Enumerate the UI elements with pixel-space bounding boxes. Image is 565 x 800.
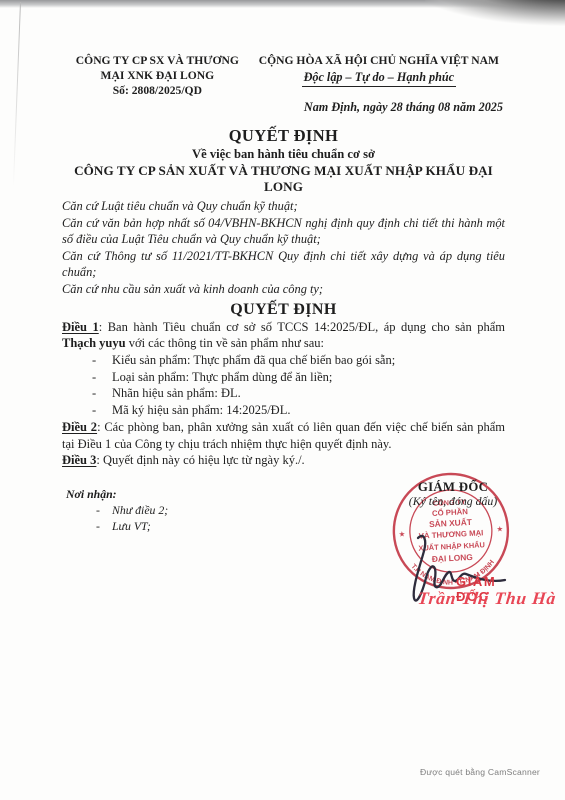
product-code: Mã ký hiệu sản phẩm: 14:2025/ĐL.	[112, 403, 290, 417]
decision-heading: QUYẾT ĐỊNH	[62, 300, 505, 319]
product-type: Kiểu sản phẩm: Thực phẩm đã qua chế biến…	[112, 353, 395, 367]
national-motto-line1: CỘNG HÒA XÃ HỘI CHỦ NGHĨA VIỆT NAM	[253, 53, 505, 68]
list-dash: -	[92, 369, 112, 386]
article-2-label: Điều 2	[62, 420, 97, 434]
national-header-block: CỘNG HÒA XÃ HỘI CHỦ NGHĨA VIỆT NAM Độc l…	[253, 53, 505, 115]
company-name-line1: CÔNG TY CP SX VÀ THƯƠNG	[62, 53, 253, 68]
product-category: Loại sản phẩm: Thực phẩm dùng để ăn liền…	[112, 370, 332, 384]
list-item: -Loại sản phẩm: Thực phẩm dùng để ăn liề…	[92, 369, 505, 386]
document-header: CÔNG TY CP SX VÀ THƯƠNG MẠI XNK ĐẠI LONG…	[62, 53, 505, 115]
legal-basis-line: Căn cứ nhu cầu sản xuất và kinh doanh củ…	[62, 281, 505, 298]
signer-name: Trần Thị Thu Hà	[401, 588, 565, 609]
recipient-item: -Như điều 2;	[66, 502, 168, 518]
title-block: QUYẾT ĐỊNH Về việc ban hành tiêu chuẩn c…	[62, 126, 505, 195]
product-info-list: -Kiểu sản phẩm: Thực phẩm đã qua chế biế…	[62, 352, 505, 419]
legal-basis-section: Căn cứ Luật tiêu chuẩn và Quy chuẩn kỹ t…	[62, 198, 505, 298]
scanned-document-page: CÔNG TY CP SX VÀ THƯƠNG MẠI XNK ĐẠI LONG…	[0, 0, 565, 800]
signer-title: GIÁM ĐỐC	[362, 480, 544, 495]
document-body: CÔNG TY CP SX VÀ THƯƠNG MẠI XNK ĐẠI LONG…	[0, 0, 565, 650]
list-dash: -	[96, 502, 112, 518]
legal-basis-line: Căn cứ văn bản hợp nhất số 04/VBHN-BKHCN…	[62, 215, 505, 248]
camscanner-watermark: Được quét bằng CamScanner	[420, 767, 540, 777]
document-subtitle: Về việc ban hành tiêu chuẩn cơ sở	[62, 147, 505, 162]
recipients-block: Nơi nhận: -Như điều 2; -Lưu VT;	[66, 486, 168, 534]
article-3-text: : Quyết định này có hiệu lực từ ngày ký.…	[96, 453, 304, 467]
list-item: -Kiểu sản phẩm: Thực phẩm đã qua chế biế…	[92, 352, 505, 369]
issuing-company-name: CÔNG TY CP SẢN XUẤT VÀ THƯƠNG MẠI XUẤT N…	[62, 163, 505, 195]
legal-basis-line: Căn cứ Luật tiêu chuẩn và Quy chuẩn kỹ t…	[62, 198, 505, 215]
place-date-line: Nam Định, ngày 28 tháng 08 năm 2025	[253, 100, 505, 115]
document-number: Số: 2808/2025/QD	[62, 83, 253, 98]
list-dash: -	[92, 352, 112, 369]
signer-title-block: GIÁM ĐỐC (Ký tên, đóng dấu)	[362, 480, 544, 509]
legal-basis-line: Căn cứ Thông tư số 11/2021/TT-BKHCN Quy …	[62, 248, 505, 281]
list-dash: -	[92, 385, 112, 402]
list-dash: -	[96, 518, 112, 534]
article-2: Điều 2: Các phòng ban, phân xưởng sản xu…	[62, 419, 505, 452]
list-dash: -	[92, 402, 112, 419]
signature-zone: Nơi nhận: -Như điều 2; -Lưu VT; GIÁM ĐỐC…	[62, 480, 505, 650]
article-1-text-end: với các thông tin về sản phẩm như sau:	[126, 336, 324, 350]
document-title: QUYẾT ĐỊNH	[62, 126, 505, 145]
article-2-text: : Các phòng ban, phân xưởng sản xuất có …	[62, 420, 505, 451]
product-brand: Nhãn hiệu sản phẩm: ĐL.	[112, 386, 241, 400]
recipient-item: -Lưu VT;	[66, 518, 168, 534]
article-1: Điều 1: Ban hành Tiêu chuẩn cơ sở số TCC…	[62, 319, 505, 352]
signer-instruction: (Ký tên, đóng dấu)	[362, 494, 544, 509]
company-header-block: CÔNG TY CP SX VÀ THƯƠNG MẠI XNK ĐẠI LONG…	[62, 53, 253, 115]
recipients-label: Nơi nhận:	[66, 486, 168, 502]
company-name-line2: MẠI XNK ĐẠI LONG	[62, 68, 253, 83]
national-motto-line2: Độc lập – Tự do – Hạnh phúc	[302, 70, 457, 87]
list-item: -Nhãn hiệu sản phẩm: ĐL.	[92, 385, 505, 402]
list-item: -Mã ký hiệu sản phẩm: 14:2025/ĐL.	[92, 402, 505, 419]
article-3-label: Điều 3	[62, 453, 96, 467]
product-name: Thạch yuyu	[62, 336, 126, 350]
article-1-text: : Ban hành Tiêu chuẩn cơ sở số TCCS 14:2…	[99, 320, 505, 334]
article-3: Điều 3: Quyết định này có hiệu lực từ ng…	[62, 452, 505, 469]
article-1-label: Điều 1	[62, 320, 99, 334]
